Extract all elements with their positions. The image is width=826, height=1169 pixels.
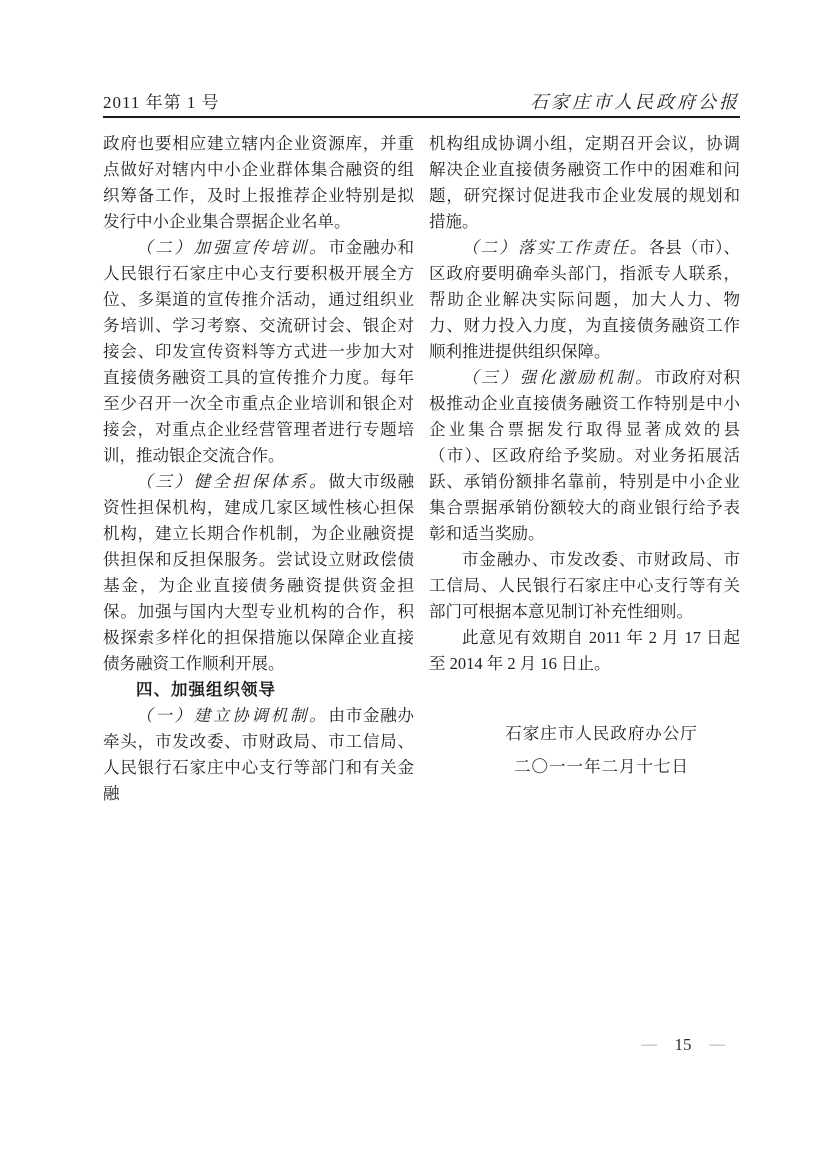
- left-column: 政府也要相应建立辖内企业资源库，并重点做好对辖内中小企业群体集合融资的组织筹备工…: [103, 131, 414, 807]
- paragraph-item-2: （二）加强宣传培训。市金融办和人民银行石家庄中心支行要积极开展全方位、多渠道的宣…: [103, 235, 414, 469]
- publication-title: 石家庄市人民政府公报: [530, 88, 740, 114]
- right-column: 机构组成协调小组，定期召开会议，协调解决企业直接债务融资工作中的困难和问题，研究…: [429, 131, 740, 807]
- paragraph-text: 市金融办和人民银行石家庄中心支行要积极开展全方位、多渠道的宣传推介活动，通过组织…: [103, 238, 414, 465]
- paragraph-item-2: （二）落实工作责任。各县（市）、区政府要明确牵头部门，指派专人联系，帮助企业解决…: [429, 235, 740, 365]
- signature-date: 二〇一一年二月十七日: [463, 754, 740, 780]
- issue-number: 2011 年第 1 号: [103, 88, 220, 113]
- paragraph-text: 做大市级融资性担保机构，建成几家区域性核心担保机构，建立长期合作机制，为企业融资…: [103, 472, 414, 673]
- paragraph-lead: （三）健全担保体系。: [136, 472, 329, 491]
- signer-name: 石家庄市人民政府办公厅: [463, 721, 740, 747]
- section-heading: 四、加强组织领导: [103, 677, 414, 703]
- paragraph-item-3: （三）健全担保体系。做大市级融资性担保机构，建成几家区域性核心担保机构，建立长期…: [103, 469, 414, 677]
- footer-dash-right: —: [709, 1036, 725, 1054]
- signature-block: 石家庄市人民政府办公厅 二〇一一年二月十七日: [429, 721, 740, 780]
- paragraph-lead: （二）加强宣传培训。: [136, 238, 329, 257]
- document-body: 政府也要相应建立辖内企业资源库，并重点做好对辖内中小企业群体集合融资的组织筹备工…: [103, 131, 740, 807]
- paragraph-continuation: 机构组成协调小组，定期召开会议，协调解决企业直接债务融资工作中的困难和问题，研究…: [429, 131, 740, 235]
- footer-dash-left: —: [641, 1036, 657, 1054]
- page-header: 2011 年第 1 号 石家庄市人民政府公报: [103, 88, 740, 114]
- paragraph-supplement: 市金融办、市发改委、市财政局、市工信局、人民银行石家庄中心支行等有关部门可根据本…: [429, 547, 740, 625]
- paragraph-lead: （三）强化激励机制。: [462, 368, 655, 387]
- page-footer: — 15 —: [641, 1035, 725, 1055]
- paragraph-lead: （一）建立协调机制。: [136, 706, 329, 725]
- paragraph-item-1: （一）建立协调机制。由市金融办牵头，市发改委、市财政局、市工信局、人民银行石家庄…: [103, 703, 414, 807]
- header-rule: [103, 116, 740, 118]
- paragraph-text: 市政府对积极推动企业直接债务融资工作特别是中小企业集合票据发行取得显著成效的县（…: [429, 368, 740, 543]
- page-number: 15: [675, 1035, 692, 1055]
- gazette-page: 2011 年第 1 号 石家庄市人民政府公报 政府也要相应建立辖内企业资源库，并…: [0, 0, 826, 1169]
- paragraph-item-3: （三）强化激励机制。市政府对积极推动企业直接债务融资工作特别是中小企业集合票据发…: [429, 365, 740, 547]
- paragraph-lead: （二）落实工作责任。: [462, 238, 649, 257]
- paragraph-continuation: 政府也要相应建立辖内企业资源库，并重点做好对辖内中小企业群体集合融资的组织筹备工…: [103, 131, 414, 235]
- paragraph-validity: 此意见有效期自 2011 年 2 月 17 日起至 2014 年 2 月 16 …: [429, 625, 740, 677]
